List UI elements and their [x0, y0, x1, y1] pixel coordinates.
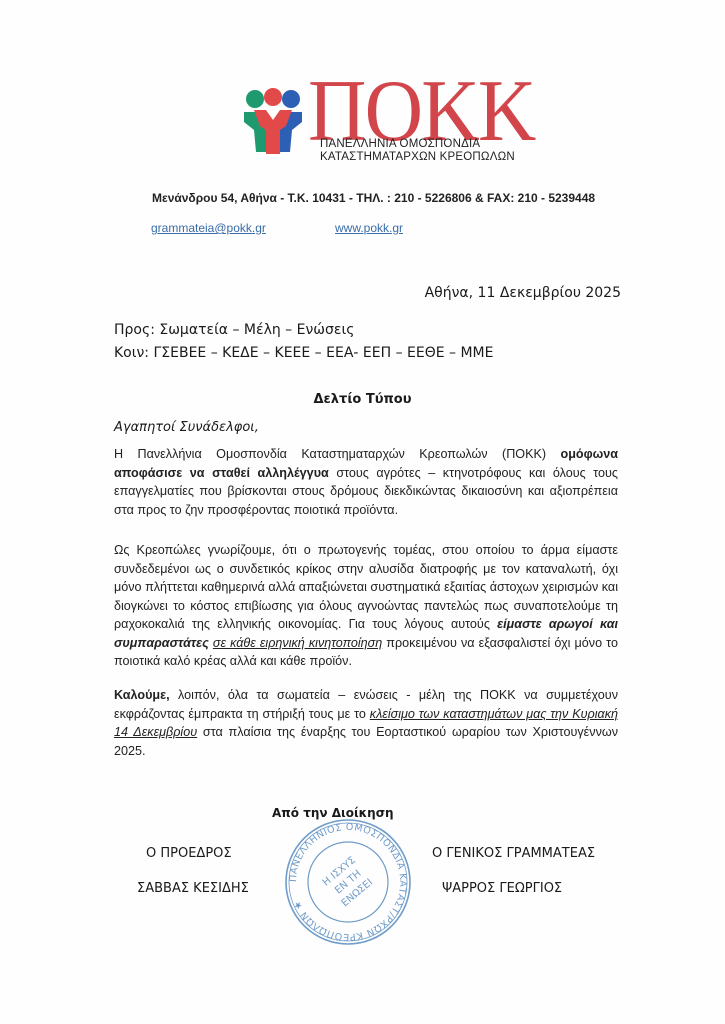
- secretary-title: Ο ΓΕΝΙΚΟΣ ΓΡΑΜΜΑΤΕΑΣ: [432, 846, 595, 861]
- president-title: Ο ΠΡΟΕΔΡΟΣ: [146, 846, 232, 861]
- logo-subtitle-1: ΠΑΝΕΛΛΗΝΙΑ ΟΜΟΣΠΟΝΔΙΑ: [320, 138, 480, 150]
- address-line: Μενάνδρου 54, Αθήνα - Τ.Κ. 10431 - ΤΗΛ. …: [152, 191, 595, 205]
- email-link[interactable]: grammateia@pokk.gr: [151, 221, 266, 235]
- logo-subtitle-2: ΚΑΤΑΣΤΗΜΑΤΑΡΧΩΝ ΚΡΕΟΠΩΛΩΝ: [320, 151, 515, 163]
- paragraph-2-underlined: σε κάθε ειρηνική κινητοποίηση: [213, 636, 382, 650]
- document-title: Δελτίο Τύπου: [0, 392, 725, 407]
- paragraph-2: Ως Κρεοπώλες γνωρίζουμε, ότι ο πρωτογενή…: [114, 541, 618, 671]
- pokk-logo: ΠΟΚΚ ΠΑΝΕΛΛΗΝΙΑ ΟΜΟΣΠΟΝΔΙΑ ΚΑΤΑΣΤΗΜΑΤΑΡΧ…: [238, 78, 498, 168]
- paragraph-1-text-a: Η Πανελλήνια Ομοσπονδία Καταστηματαρχών …: [114, 447, 561, 461]
- paragraph-1: Η Πανελλήνια Ομοσπονδία Καταστηματαρχών …: [114, 445, 618, 519]
- letter-date: Αθήνα, 11 Δεκεμβρίου 2025: [425, 285, 621, 301]
- greeting: Αγαπητοί Συνάδελφοι,: [114, 420, 259, 435]
- recipients-line: Προς: Σωματεία – Μέλη – Ενώσεις: [114, 322, 354, 338]
- secretary-name: ΨΑΡΡΟΣ ΓΕΩΡΓΙΟΣ: [442, 881, 562, 896]
- signoff: Από την Διοίκηση: [272, 806, 394, 820]
- president-name: ΣΑΒΒΑΣ ΚΕΣΙΔΗΣ: [137, 881, 249, 896]
- cc-line: Κοιν: ΓΣΕΒΕΕ – ΚΕΔΕ – ΚΕΕΕ – ΕΕΑ- ΕΕΠ – …: [114, 345, 493, 361]
- website-link[interactable]: www.pokk.gr: [335, 221, 403, 235]
- paragraph-3-bold: Καλούμε,: [114, 688, 170, 702]
- people-logo-icon: [242, 86, 304, 156]
- official-stamp-icon: ΠΑΝΕΛΛΗΝΙΟΣ ΟΜΟΣΠΟΝΔΙΑ ΚΑΤΑΣΤ/ΡΧΩΝ ΚΡΕΟΠ…: [272, 817, 424, 947]
- paragraph-3: Καλούμε, λοιπόν, όλα τα σωματεία – ενώσε…: [114, 686, 618, 760]
- press-release-page: ΠΟΚΚ ΠΑΝΕΛΛΗΝΙΑ ΟΜΟΣΠΟΝΔΙΑ ΚΑΤΑΣΤΗΜΑΤΑΡΧ…: [0, 0, 725, 1024]
